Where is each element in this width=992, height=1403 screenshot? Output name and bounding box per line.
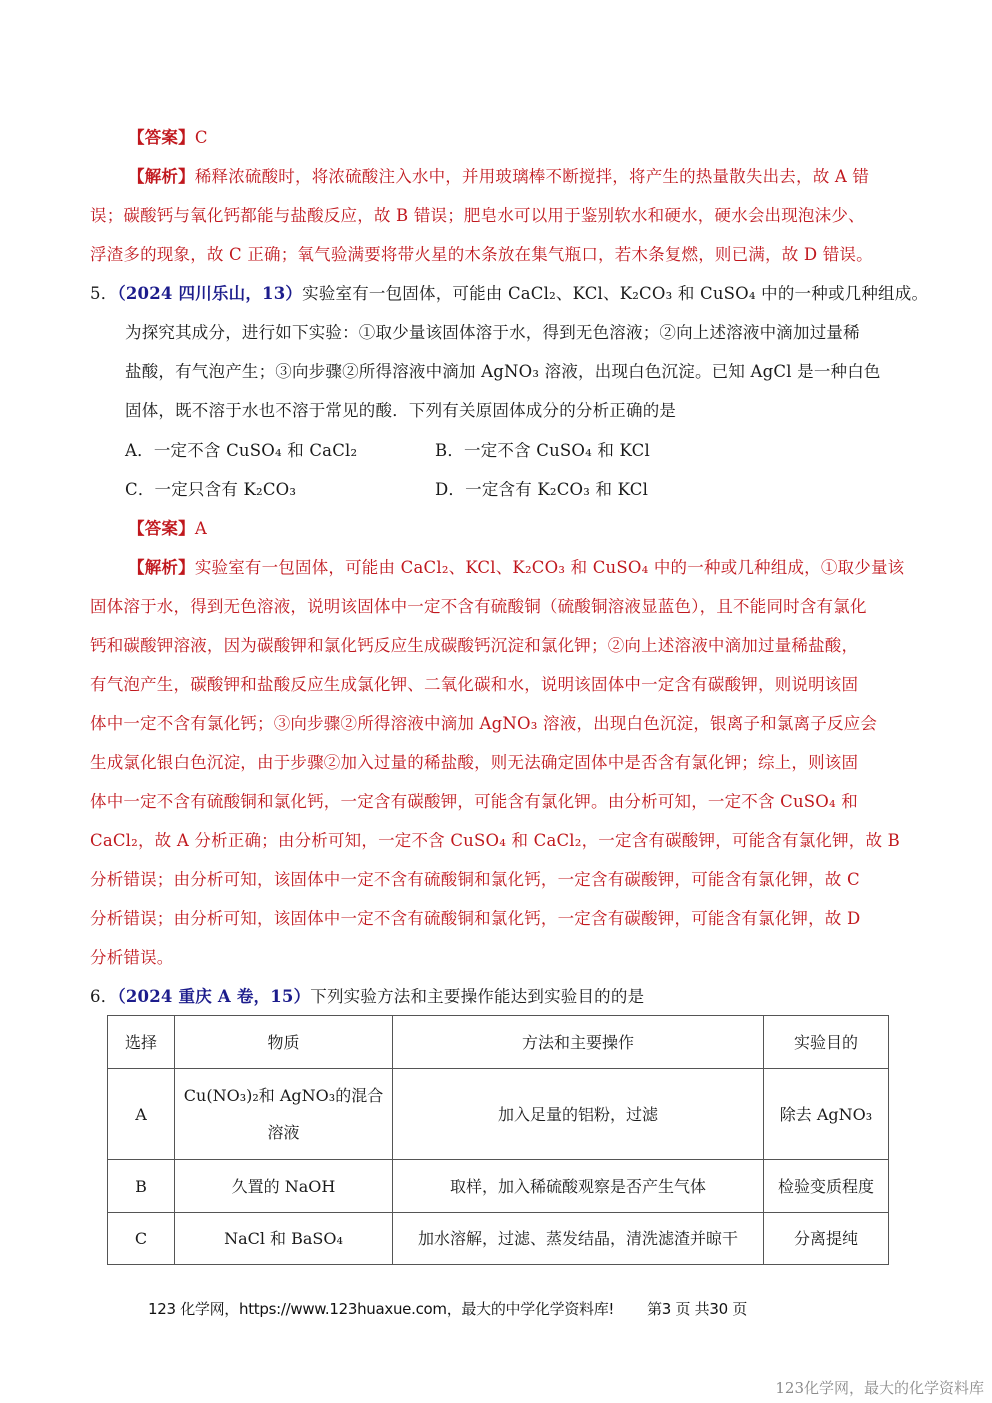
q4-analysis-line-3: 浮渣多的现象，故 C 正确；氧气验满要将带火星的木条放在集气瓶口，若木条复燃，则… <box>90 244 873 266</box>
header-cell: 物质 <box>175 1016 393 1069</box>
method-cell: 加入足量的铝粉，过滤 <box>393 1069 764 1160</box>
experiment-table: 选择 物质 方法和主要操作 实验目的 A Cu(NO₃)₂和 AgNO₃的混合 … <box>107 1015 889 1265</box>
q5-analysis-line-6: 生成氯化银白色沉淀，由于步骤②加入过量的稀盐酸，则无法确定固体中是否含有氯化钾；… <box>90 752 858 774</box>
watermark: 123化学网，最大的化学资料库 <box>775 1377 984 1398</box>
q5-stem-line-4: 固体，既不溶于水也不溶于常见的酸．下列有关原固体成分的分析正确的是 <box>125 400 676 422</box>
footer-site-text: 123 化学网，https://www.123huaxue.com，最大的中学化… <box>148 1300 614 1318</box>
table-row: B 久置的 NaOH 取样，加入稀硫酸观察是否产生气体 检验变质程度 <box>108 1160 889 1213</box>
q5-analysis-line-7: 体中一定不含有硫酸铜和氯化钙，一定含有碳酸钾，可能含有氯化钾。由分析可知，一定不… <box>90 791 858 813</box>
option-cell: A <box>108 1069 175 1160</box>
q5-analysis-line-5: 体中一定不含有氯化钙；③向步骤②所得溶液中滴加 AgNO₃ 溶液，出现白色沉淀，… <box>90 713 877 735</box>
option-cell: B <box>108 1160 175 1213</box>
page-number: 第3 页 共30 页 <box>647 1300 747 1318</box>
answer-value: C <box>195 128 208 147</box>
substance-cell: Cu(NO₃)₂和 AgNO₃的混合 溶液 <box>175 1069 393 1160</box>
method-cell: 取样，加入稀硫酸观察是否产生气体 <box>393 1160 764 1213</box>
document-page: 【答案】C 【解析】稀释浓硫酸时，将浓硫酸注入水中，并用玻璃棒不断搅拌，将产生的… <box>0 0 992 1403</box>
question-number: 6． <box>90 987 117 1006</box>
q5-analysis-line-8: CaCl₂，故 A 分析正确；由分析可知，一定不含 CuSO₄ 和 CaCl₂，… <box>90 830 900 852</box>
question-number: 5． <box>90 284 117 303</box>
q5-analysis-line-9: 分析错误；由分析可知，该固体中一定不含有硫酸铜和氯化钙，一定含有碳酸钾，可能含有… <box>90 869 860 891</box>
table-row: A Cu(NO₃)₂和 AgNO₃的混合 溶液 加入足量的铝粉，过滤 除去 Ag… <box>108 1069 889 1160</box>
q5-stem-line-1: 5．（2024 四川乐山，13）实验室有一包固体，可能由 CaCl₂、KCl、K… <box>90 283 928 305</box>
q5-analysis-line-4: 有气泡产生，碳酸钾和盐酸反应生成氯化钾、二氧化碳和水，说明该固体中一定含有碳酸钾… <box>90 674 858 696</box>
method-cell: 加水溶解，过滤、蒸发结晶，清洗滤渣并晾干 <box>393 1213 764 1265</box>
page-footer: 123 化学网，https://www.123huaxue.com，最大的中学化… <box>148 1298 747 1319</box>
question-source: （2024 四川乐山，13） <box>117 284 302 303</box>
q5-option-d: D．一定含有 K₂CO₃ 和 KCl <box>435 479 648 501</box>
q5-option-c: C．一定只含有 K₂CO₃ <box>125 479 296 501</box>
substance-cell: NaCl 和 BaSO₄ <box>175 1213 393 1265</box>
option-cell: C <box>108 1213 175 1265</box>
header-cell: 方法和主要操作 <box>393 1016 764 1069</box>
q4-analysis-line-2: 误；碳酸钙与氧化钙都能与盐酸反应，故 B 错误；肥皂水可以用于鉴别软水和硬水，硬… <box>90 205 865 227</box>
header-cell: 选择 <box>108 1016 175 1069</box>
q5-answer: 【答案】A <box>128 518 207 540</box>
header-cell: 实验目的 <box>764 1016 889 1069</box>
table-header-row: 选择 物质 方法和主要操作 实验目的 <box>108 1016 889 1069</box>
answer-label: 【答案】 <box>128 128 195 147</box>
purpose-cell: 检验变质程度 <box>764 1160 889 1213</box>
answer-value: A <box>195 519 207 538</box>
purpose-cell: 分离提纯 <box>764 1213 889 1265</box>
q6-stem: 6．（2024 重庆 A 卷，15）下列实验方法和主要操作能达到实验目的的是 <box>90 986 644 1008</box>
q5-analysis-line-3: 钙和碳酸钾溶液，因为碳酸钾和氯化钙反应生成碳酸钙沉淀和氯化钾；②向上述溶液中滴加… <box>90 635 858 657</box>
analysis-label: 【解析】 <box>128 167 195 186</box>
q5-stem-line-3: 盐酸，有气泡产生；③向步骤②所得溶液中滴加 AgNO₃ 溶液，出现白色沉淀。已知… <box>125 361 881 383</box>
substance-cell: 久置的 NaOH <box>175 1160 393 1213</box>
q5-option-a: A．一定不含 CuSO₄ 和 CaCl₂ <box>125 440 357 462</box>
q4-analysis-line-1: 【解析】稀释浓硫酸时，将浓硫酸注入水中，并用玻璃棒不断搅拌，将产生的热量散失出去… <box>128 166 869 188</box>
purpose-cell: 除去 AgNO₃ <box>764 1069 889 1160</box>
question-source: （2024 重庆 A 卷，15） <box>117 987 310 1006</box>
q5-stem-line-2: 为探究其成分，进行如下实验：①取少量该固体溶于水，得到无色溶液；②向上述溶液中滴… <box>125 322 860 344</box>
answer-label: 【答案】 <box>128 519 195 538</box>
table-row: C NaCl 和 BaSO₄ 加水溶解，过滤、蒸发结晶，清洗滤渣并晾干 分离提纯 <box>108 1213 889 1265</box>
q5-analysis-line-2: 固体溶于水，得到无色溶液，说明该固体中一定不含有硫酸铜（硫酸铜溶液显蓝色），且不… <box>90 596 867 618</box>
q4-answer: 【答案】C <box>128 127 208 149</box>
q5-analysis-line-1: 【解析】实验室有一包固体，可能由 CaCl₂、KCl、K₂CO₃ 和 CuSO₄… <box>128 557 904 579</box>
q5-analysis-line-10: 分析错误；由分析可知，该固体中一定不含有硫酸铜和氯化钙，一定含有碳酸钾，可能含有… <box>90 908 860 930</box>
analysis-label: 【解析】 <box>128 558 195 577</box>
q5-analysis-line-11: 分析错误。 <box>90 947 174 969</box>
q5-option-b: B．一定不含 CuSO₄ 和 KCl <box>435 440 650 462</box>
